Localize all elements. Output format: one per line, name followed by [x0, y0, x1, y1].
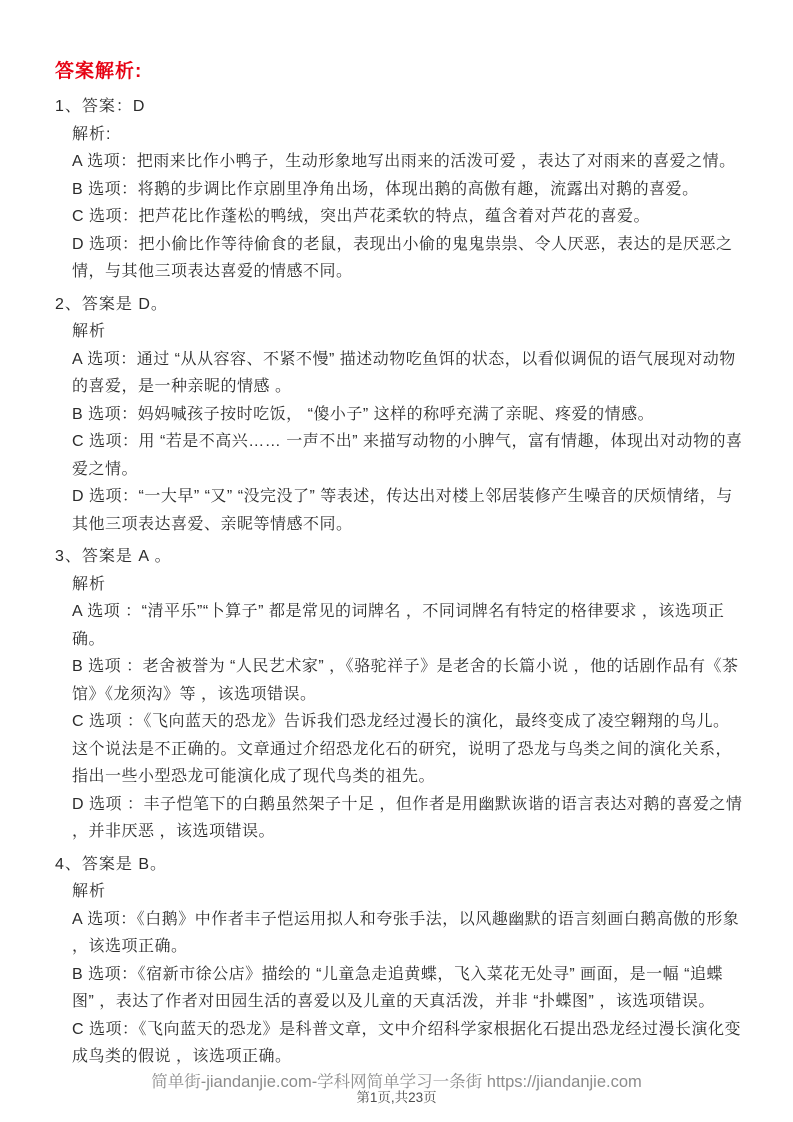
question-block-3: 3、答案是 A 。 解析 A 选项 ：“清平乐”“卜算子” 都是常见的词牌名 ，… — [55, 543, 743, 846]
analysis-label: 解析: — [72, 121, 743, 149]
option-explanation-b: B 选项 ：老舍被誉为 “人民艺术家” ，《骆驼祥子》是老舍的长篇小说 ，他的话… — [72, 653, 743, 708]
option-explanation-a: A 选项 ：“清平乐”“卜算子” 都是常见的词牌名 ，不同词牌名有特定的格律要求… — [72, 598, 743, 653]
option-explanation-d: D 选项 ：丰子恺笔下的白鹅虽然架子十足 ，但作者是用幽默诙谐的语言表达对鹅的喜… — [72, 791, 743, 846]
answer-analysis-page: 答案解析: 1、答案：D 解析: A 选项：把雨来比作小鸭子，生动形象地写出雨来… — [0, 0, 793, 1122]
page-footer: 简单街-jiandanjie.com-学科网简单学习一条街 https://ji… — [0, 1072, 793, 1106]
option-explanation-c: C 选项：用 “若是不高兴…… 一声不出” 来描写动物的小脾气，富有情趣，体现出… — [72, 428, 743, 483]
analysis-label: 解析 — [72, 318, 743, 346]
question-block-4: 4、答案是 B。 解析 A 选项：《白鹅》中作者丰子恺运用拟人和夸张手法，以风趣… — [55, 851, 743, 1071]
option-explanation-b: B 选项：《宿新市徐公店》描绘的 “儿童急走追黄蝶，飞入菜花无处寻” 画面，是一… — [72, 961, 743, 1016]
page-title: 答案解析: — [55, 56, 743, 83]
option-explanation-d: D 选项：“一大早” “又” “没完没了” 等表述，传达出对楼上邻居装修产生噪音… — [72, 483, 743, 538]
question-block-1: 1、答案：D 解析: A 选项：把雨来比作小鸭子，生动形象地写出雨来的活泼可爱 … — [55, 93, 743, 286]
answer-line: 4、答案是 B。 — [55, 851, 743, 879]
option-explanation-c: C 选项：《飞向蓝天的恐龙》是科普文章，文中介绍科学家根据化石提出恐龙经过漫长演… — [72, 1016, 743, 1071]
option-explanation-c: C 选项：把芦花比作蓬松的鸭绒，突出芦花柔软的特点，蕴含着对芦花的喜爱。 — [72, 203, 743, 231]
option-explanation-d: D 选项：把小偷比作等待偷食的老鼠，表现出小偷的鬼鬼祟祟、令人厌恶，表达的是厌恶… — [72, 231, 743, 286]
option-explanation-b: B 选项：妈妈喊孩子按时吃饭， “傻小子” 这样的称呼充满了亲昵、疼爱的情感。 — [72, 401, 743, 429]
option-explanation-a: A 选项：《白鹅》中作者丰子恺运用拟人和夸张手法，以风趣幽默的语言刻画白鹅高傲的… — [72, 906, 743, 961]
option-explanation-c: C 选项 ：《飞向蓝天的恐龙》告诉我们恐龙经过漫长的演化，最终变成了凌空翱翔的鸟… — [72, 708, 743, 791]
watermark-text: 简单街-jiandanjie.com-学科网简单学习一条街 https://ji… — [0, 1072, 793, 1092]
analysis-label: 解析 — [72, 571, 743, 599]
option-explanation-a: A 选项：通过 “从从容容、不紧不慢” 描述动物吃鱼饵的状态，以看似调侃的语气展… — [72, 346, 743, 401]
question-block-2: 2、答案是 D。 解析 A 选项：通过 “从从容容、不紧不慢” 描述动物吃鱼饵的… — [55, 291, 743, 539]
option-explanation-a: A 选项：把雨来比作小鸭子，生动形象地写出雨来的活泼可爱 ，表达了对雨来的喜爱之… — [72, 148, 743, 176]
answer-line: 2、答案是 D。 — [55, 291, 743, 319]
answer-line: 1、答案：D — [55, 93, 743, 121]
page-indicator: 第1页,共23页 — [0, 1090, 793, 1106]
analysis-label: 解析 — [72, 878, 743, 906]
answer-line: 3、答案是 A 。 — [55, 543, 743, 571]
option-explanation-b: B 选项：将鹅的步调比作京剧里净角出场，体现出鹅的高傲有趣，流露出对鹅的喜爱。 — [72, 176, 743, 204]
